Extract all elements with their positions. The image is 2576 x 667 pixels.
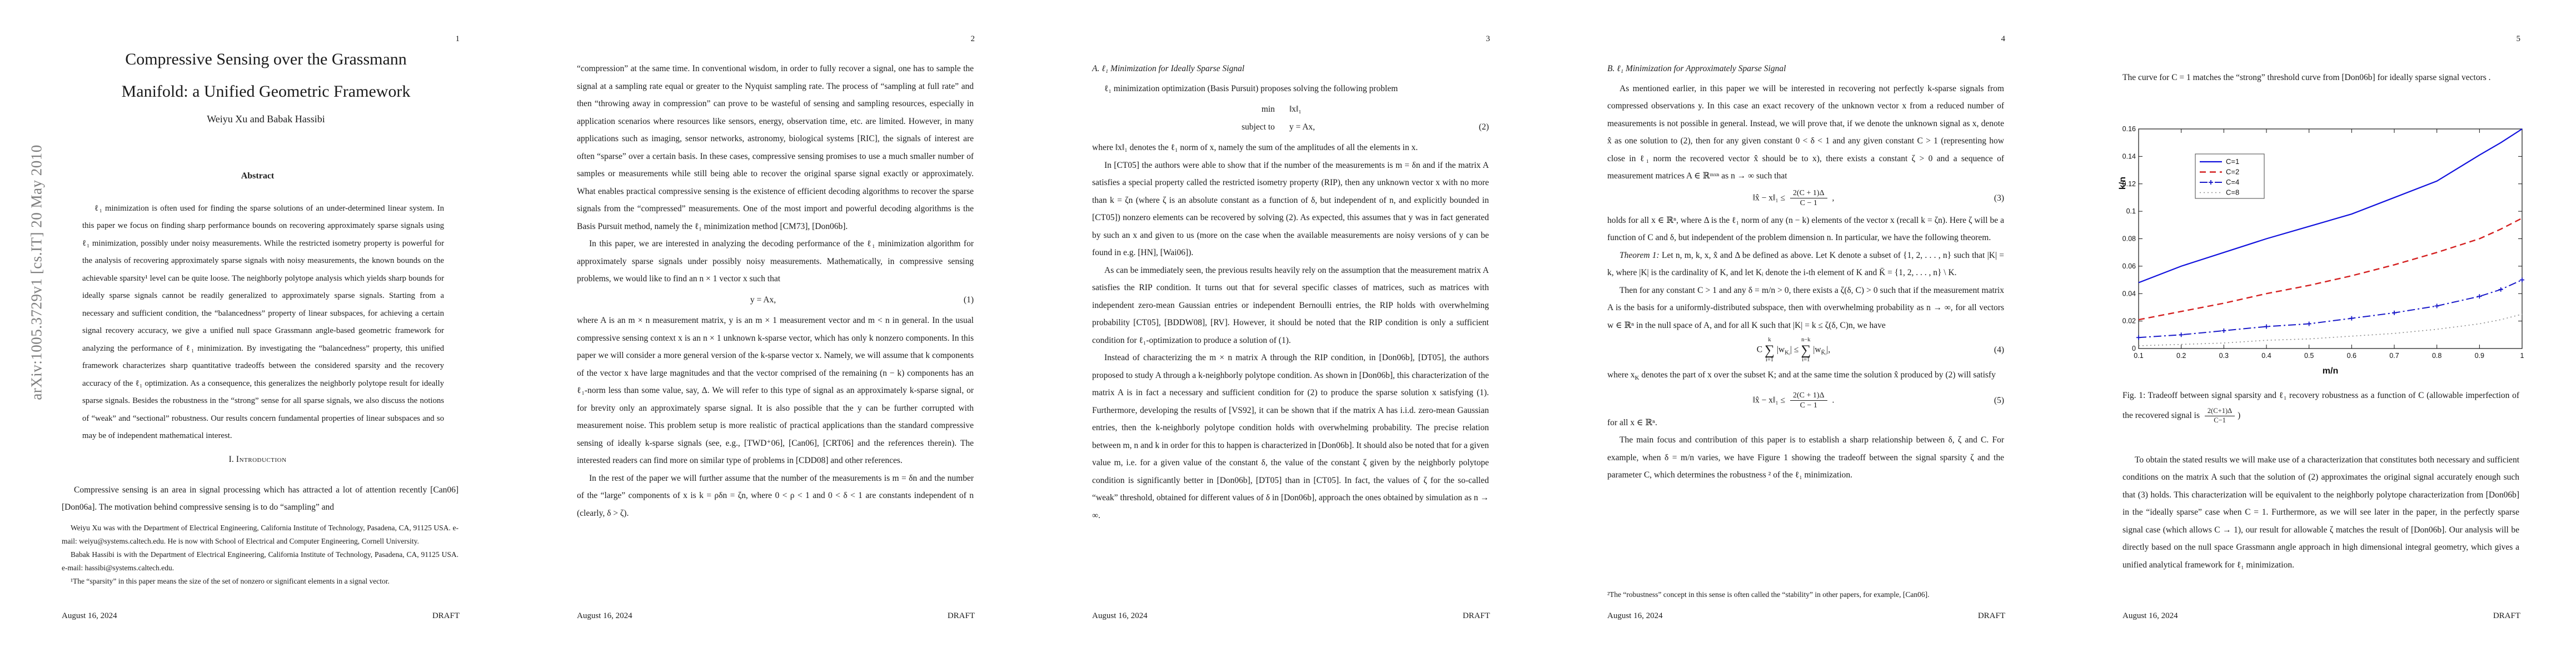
svg-text:0.7: 0.7 <box>2389 352 2399 360</box>
footer-date: August 16, 2024 <box>1607 611 1663 621</box>
footer-draft-label: DRAFT <box>1463 611 1490 621</box>
equation-4-body: Ck∑i=1|wKᵢ| ≤n−k∑i=1|wK̄ᵢ|, <box>1607 337 1980 363</box>
equation-1-number: (1) <box>949 291 974 309</box>
theorem-text: Let n, m, k, x, x̂ and Δ be defined as a… <box>1607 251 2004 278</box>
subsection-heading-a: A. ℓ₁ Minimization for Ideally Sparse Si… <box>1092 60 1489 78</box>
svg-text:0.5: 0.5 <box>2304 352 2314 360</box>
paragraph-text: where x <box>1607 370 1635 380</box>
paragraph: where xK denotes the part of x over the … <box>1607 366 2004 387</box>
equation-3: ‖x̂ − x‖₁ ≤ 2(C + 1)Δ C − 1 , (3) <box>1607 188 2004 208</box>
equation-4-tail: |, <box>1826 345 1830 355</box>
svg-text:0.1: 0.1 <box>2134 352 2143 360</box>
figure-1-caption: Fig. 1: Tradeoff between signal sparsity… <box>2122 386 2519 426</box>
svg-text:0.6: 0.6 <box>2347 352 2356 360</box>
equation-4-relation: | ≤ <box>1790 345 1799 355</box>
footnote-author1: Weiyu Xu was with the Department of Elec… <box>62 521 459 548</box>
svg-text:0.04: 0.04 <box>2122 290 2136 297</box>
paragraph: As mentioned earlier, in this paper we w… <box>1607 80 2004 185</box>
footer-date: August 16, 2024 <box>577 611 632 621</box>
footer-date: August 16, 2024 <box>62 611 117 621</box>
svg-text:0.06: 0.06 <box>2122 262 2136 270</box>
sum-operator: n−k∑i=1 <box>1801 337 1811 363</box>
footer-draft-label: DRAFT <box>2493 611 2520 621</box>
paragraph-text: denotes the part of x over the subset K;… <box>1639 370 1995 380</box>
page-4: 4 B. ℓ₁ Minimization for Approximately S… <box>1546 0 2061 667</box>
equation-2-number: (2) <box>1464 118 1489 136</box>
fraction-numerator: 2(C+1)Δ <box>2205 407 2235 416</box>
svg-text:C=2: C=2 <box>2226 168 2239 176</box>
sigma-glyph: ∑ <box>1801 344 1811 357</box>
caption-text: ) <box>2238 411 2240 420</box>
equation-5-fraction: 2(C + 1)Δ C − 1 <box>1790 391 1827 411</box>
arxiv-watermark: arXiv:1005.3729v1 [cs.IT] 20 May 2010 <box>28 145 46 400</box>
footnote-sparsity: ¹The “sparsity” in this paper means the … <box>62 575 459 588</box>
paragraph: In this paper, we are interested in anal… <box>577 235 974 288</box>
svg-text:0.4: 0.4 <box>2261 352 2271 360</box>
equation-3-number: (3) <box>1980 190 2004 207</box>
paragraph: In the rest of the paper we will further… <box>577 470 974 522</box>
equation-4-subscript: Kᵢ <box>1785 350 1790 356</box>
svg-text:C=1: C=1 <box>2226 157 2239 166</box>
footer-date: August 16, 2024 <box>2122 611 2178 621</box>
paragraph: Instead of characterizing the m × n matr… <box>1092 349 1489 524</box>
svg-text:m/n: m/n <box>2323 366 2338 376</box>
fraction-denominator: C − 1 <box>1797 401 1820 411</box>
authors: Weiyu Xu and Babak Hassibi <box>78 113 454 125</box>
figure-1: 0.10.20.30.40.50.60.70.80.9100.020.040.0… <box>2119 125 2541 387</box>
svg-text:0: 0 <box>2132 345 2136 352</box>
equation-5-body: ‖x̂ − x‖₁ ≤ 2(C + 1)Δ C − 1 . <box>1607 391 1980 411</box>
sum-upper-limit: k <box>1768 337 1771 344</box>
page-5-bottom-text: To obtain the stated results we will mak… <box>2122 442 2519 583</box>
equation-5-number: (5) <box>1980 392 2004 410</box>
svg-text:0.08: 0.08 <box>2122 235 2136 243</box>
equation-4-subscript: K̄ᵢ <box>1821 350 1827 356</box>
theorem-label: Theorem 1: <box>1620 251 1660 260</box>
svg-text:1: 1 <box>2520 352 2524 360</box>
sum-lower-limit: i=1 <box>1802 357 1810 364</box>
equation-4-number: (4) <box>1980 341 2004 359</box>
sum-upper-limit: n−k <box>1801 337 1810 344</box>
footer-draft-label: DRAFT <box>432 611 460 621</box>
equation-2-st: subject to <box>1242 118 1275 136</box>
introduction-text: Compressive sensing is an area in signal… <box>62 472 459 525</box>
footer-draft-label: DRAFT <box>948 611 975 621</box>
paragraph: In [CT05] the authors were able to show … <box>1092 157 1489 262</box>
sigma-glyph: ∑ <box>1765 344 1775 357</box>
paper-title: Compressive Sensing over the Grassmann M… <box>78 43 454 108</box>
equation-1-body: y = Ax, <box>577 291 949 309</box>
equation-3-body: ‖x̂ − x‖₁ ≤ 2(C + 1)Δ C − 1 , <box>1607 188 1980 208</box>
footnote-robustness: ²The “robustness” concept in this sense … <box>1607 588 2004 601</box>
section-name: Introduction <box>236 455 287 464</box>
caption-text: Fig. 1: Tradeoff between signal sparsity… <box>2122 391 2519 420</box>
page-4-body: B. ℓ₁ Minimization for Approximately Spa… <box>1607 60 2004 484</box>
paragraph: ℓ₁ minimization optimization (Basis Purs… <box>1092 80 1489 98</box>
paragraph: for all x ∈ ℝⁿ. <box>1607 414 2004 432</box>
footer-draft-label: DRAFT <box>1978 611 2005 621</box>
footnotes: Weiyu Xu was with the Department of Elec… <box>62 521 459 588</box>
abstract-heading: Abstract <box>0 171 515 181</box>
svg-text:0.14: 0.14 <box>2122 152 2136 160</box>
svg-text:0.8: 0.8 <box>2432 352 2442 360</box>
footer-date: August 16, 2024 <box>1092 611 1148 621</box>
equation-5: ‖x̂ − x‖₁ ≤ 2(C + 1)Δ C − 1 . (5) <box>1607 391 2004 411</box>
fraction-numerator: 2(C + 1)Δ <box>1790 188 1827 199</box>
paragraph: To obtain the stated results we will mak… <box>2122 451 2519 574</box>
page-number: 5 <box>2517 34 2521 44</box>
equation-3-fraction: 2(C + 1)Δ C − 1 <box>1790 188 1827 208</box>
paragraph: The main focus and contribution of this … <box>1607 431 2004 484</box>
subsection-heading-b: B. ℓ₁ Minimization for Approximately Spa… <box>1607 60 2004 78</box>
svg-text:0.9: 0.9 <box>2475 352 2484 360</box>
page-3: 3 A. ℓ₁ Minimization for Ideally Sparse … <box>1030 0 1546 667</box>
svg-text:0.16: 0.16 <box>2122 125 2136 133</box>
page-5-top-text: The curve for C = 1 matches the “strong”… <box>2122 60 2519 95</box>
svg-text:0.2: 0.2 <box>2176 352 2186 360</box>
equation-2-body: min ‖x‖₁ subject to y = Ax, <box>1092 101 1464 136</box>
page-2: 2 “compression” at the same time. In con… <box>515 0 1030 667</box>
svg-text:C=4: C=4 <box>2226 178 2239 186</box>
svg-text:0.02: 0.02 <box>2122 317 2136 325</box>
equation-2: min ‖x‖₁ subject to y = Ax, (2) <box>1092 101 1489 136</box>
fraction-numerator: 2(C + 1)Δ <box>1790 391 1827 401</box>
section-heading-introduction: I. Introduction <box>0 455 515 465</box>
equation-2-min-body: ‖x‖₁ <box>1289 101 1315 118</box>
paragraph: where ‖x‖₁ denotes the ℓ₁ norm of x, nam… <box>1092 139 1489 157</box>
section-number: I. <box>228 455 236 464</box>
caption-fraction: 2(C+1)ΔC−1 <box>2205 407 2235 425</box>
paper-title-line1: Compressive Sensing over the Grassmann <box>78 43 454 76</box>
fraction-denominator: C − 1 <box>1797 198 1820 208</box>
paragraph-theorem: Theorem 1: Let n, m, k, x, x̂ and Δ be d… <box>1607 247 2004 282</box>
equation-4-term: |w <box>1813 345 1821 355</box>
page-number: 4 <box>2001 34 2006 44</box>
page-3-body: A. ℓ₁ Minimization for Ideally Sparse Si… <box>1092 60 1489 524</box>
tradeoff-chart: 0.10.20.30.40.50.60.70.80.9100.020.040.0… <box>2119 125 2541 385</box>
page-number: 1 <box>456 34 460 44</box>
page-5: 5 The curve for C = 1 matches the “stron… <box>2061 0 2576 667</box>
paragraph: Then for any constant C > 1 and any δ = … <box>1607 282 2004 335</box>
equation-5-lhs: ‖x̂ − x‖₁ ≤ <box>1753 395 1785 405</box>
footnote-author2: Babak Hassibi is with the Department of … <box>62 548 459 575</box>
paragraph: As can be immediately seen, the previous… <box>1092 262 1489 350</box>
equation-2-st-body: y = Ax, <box>1289 118 1315 136</box>
equation-1: y = Ax, (1) <box>577 291 974 309</box>
equation-4: Ck∑i=1|wKᵢ| ≤n−k∑i=1|wK̄ᵢ|, (4) <box>1607 337 2004 363</box>
fraction-denominator: C−1 <box>2211 416 2229 425</box>
document-canvas: arXiv:1005.3729v1 [cs.IT] 20 May 2010 1 … <box>0 0 2576 667</box>
equation-3-tail: , <box>1832 193 1834 202</box>
svg-text:C=8: C=8 <box>2226 188 2239 197</box>
page-2-body: “compression” at the same time. In conve… <box>577 60 974 522</box>
equation-2-min: min <box>1242 101 1275 118</box>
svg-text:k/n: k/n <box>2119 177 2127 190</box>
paragraph: “compression” at the same time. In conve… <box>577 60 974 235</box>
page-1: arXiv:1005.3729v1 [cs.IT] 20 May 2010 1 … <box>0 0 515 667</box>
page-number: 3 <box>1486 34 1491 44</box>
equation-4-prefix: C <box>1757 345 1762 355</box>
page-number: 2 <box>971 34 975 44</box>
equation-3-lhs: ‖x̂ − x‖₁ ≤ <box>1753 193 1785 202</box>
paragraph: Compressive sensing is an area in signal… <box>62 481 459 516</box>
equation-4-term: |w <box>1777 345 1785 355</box>
sum-operator: k∑i=1 <box>1765 337 1775 363</box>
sum-lower-limit: i=1 <box>1766 357 1773 364</box>
equation-5-tail: . <box>1832 395 1834 405</box>
paper-title-line2: Manifold: a Unified Geometric Framework <box>78 76 454 108</box>
abstract-paragraph: ℓ₁ minimization is often used for findin… <box>82 200 444 445</box>
paragraph: holds for all x ∈ ℝⁿ, where Δ is the ℓ₁ … <box>1607 212 2004 247</box>
svg-text:0.3: 0.3 <box>2219 352 2229 360</box>
svg-text:0.1: 0.1 <box>2126 207 2136 215</box>
paragraph: where A is an m × n measurement matrix, … <box>577 312 974 470</box>
abstract-text: ℓ₁ minimization is often used for findin… <box>82 192 444 454</box>
paragraph: The curve for C = 1 matches the “strong”… <box>2122 69 2519 87</box>
